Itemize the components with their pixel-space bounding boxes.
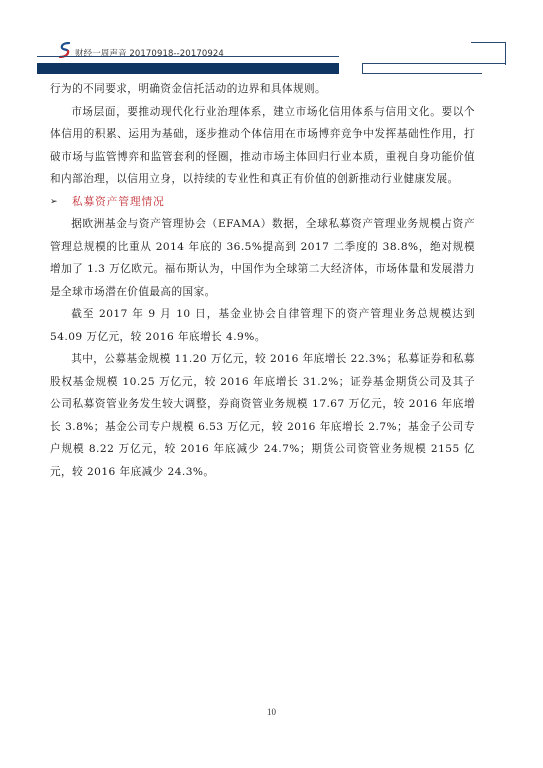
page-header: 财经一周声音 20170918--20170924 xyxy=(0,0,543,80)
header-bar xyxy=(37,63,339,74)
header-decoration-bracket-top xyxy=(471,42,506,65)
paragraph-efama: 据欧洲基金与资产管理协会（EFAMA）数据，全球私募资产管理业务规模占资产管理总… xyxy=(50,213,475,303)
header-rule xyxy=(37,56,339,57)
paragraph-continuation: 行为的不同要求，明确资金信托活动的边界和具体规则。 xyxy=(50,78,475,101)
arrowhead-bullet-icon: ➢ xyxy=(50,197,72,207)
header-decoration-bracket-mid xyxy=(362,63,505,64)
paragraph-breakdown: 其中，公募基金规模 11.20 万亿元，较 2016 年底增长 22.3%；私募… xyxy=(50,348,475,483)
header-decoration-bracket-bottom xyxy=(362,73,482,74)
section-heading: ➢ 私募资产管理情况 xyxy=(50,191,475,214)
section-title: 私募资产管理情况 xyxy=(72,194,165,209)
paragraph-total-scale: 截至 2017 年 9 月 10 日，基金业协会自律管理下的资产管理业务总规模达… xyxy=(50,303,475,348)
page-number: 10 xyxy=(0,707,543,717)
header-title: 财经一周声音 20170918--20170924 xyxy=(75,47,224,59)
paragraph-market-level: 市场层面，要推动现代化行业治理体系，建立市场化信用体系与信用文化。要以个体信用的… xyxy=(50,101,475,191)
document-body: 行为的不同要求，明确资金信托活动的边界和具体规则。 市场层面，要推动现代化行业治… xyxy=(50,78,475,483)
